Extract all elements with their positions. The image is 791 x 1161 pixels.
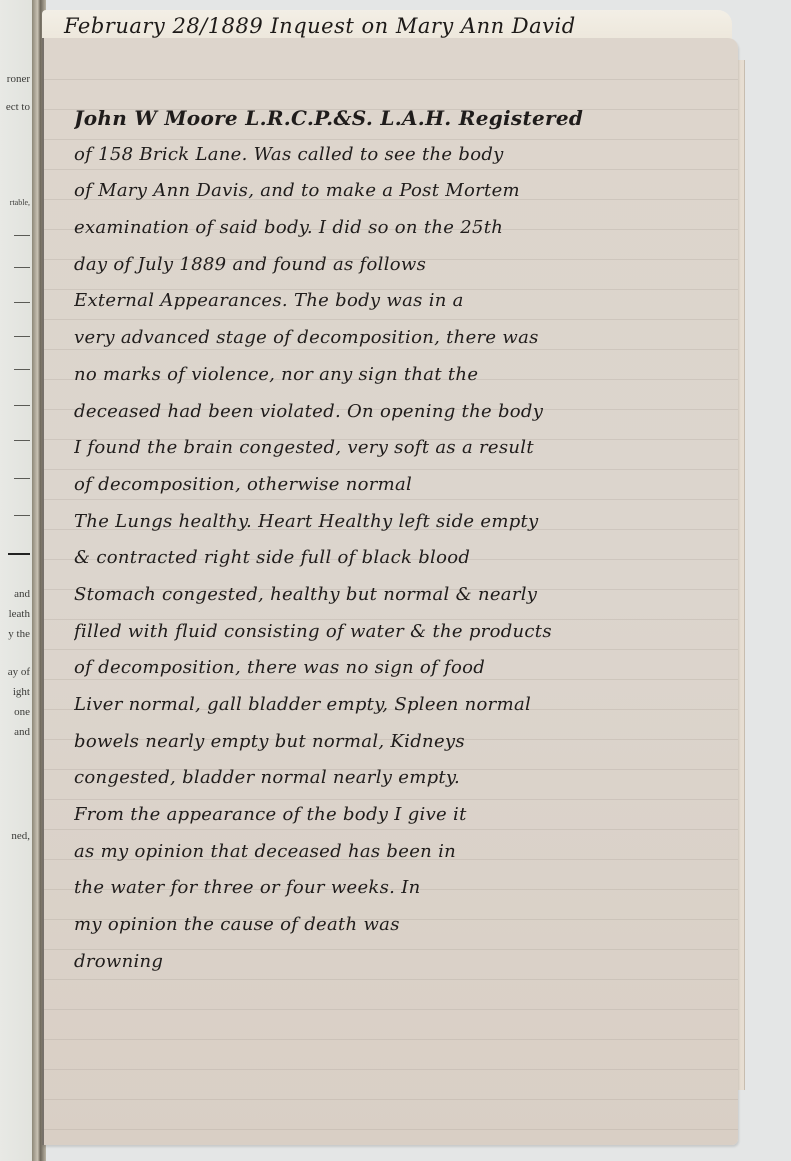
facing-page-rule bbox=[14, 302, 30, 303]
facing-page-rule bbox=[14, 336, 30, 337]
facing-page-text: one bbox=[14, 706, 30, 718]
entry-line: examination of said body. I did so on th… bbox=[74, 210, 724, 247]
facing-page-text: rtable, bbox=[10, 198, 30, 207]
facing-page-rule bbox=[14, 405, 30, 406]
ledger-page: John W Moore L.R.C.P.&S. L.A.H. Register… bbox=[42, 38, 738, 1145]
facing-page-text: leath bbox=[9, 608, 30, 620]
facing-page-text: ay of bbox=[8, 666, 30, 678]
facing-page-text: ect to bbox=[6, 101, 30, 113]
entry-line: congested, bladder normal nearly empty. bbox=[74, 760, 724, 797]
facing-page-rule bbox=[14, 267, 30, 268]
entry-line: my opinion the cause of death was bbox=[74, 907, 724, 944]
facing-page-text: y the bbox=[8, 628, 30, 640]
entry-line: no marks of violence, nor any sign that … bbox=[74, 357, 724, 394]
entry-line: drowning bbox=[74, 944, 724, 981]
facing-page-text: ned, bbox=[11, 830, 30, 842]
entry-line: of Mary Ann Davis, and to make a Post Mo… bbox=[74, 173, 724, 210]
entry-line: & contracted right side full of black bl… bbox=[74, 540, 724, 577]
entry-line: John W Moore L.R.C.P.&S. L.A.H. Register… bbox=[74, 100, 724, 137]
entry-line: very advanced stage of decomposition, th… bbox=[74, 320, 724, 357]
entry-line: filled with fluid consisting of water & … bbox=[74, 614, 724, 651]
facing-page-rule bbox=[14, 478, 30, 479]
header-title: February 28/1889 Inquest on Mary Ann Dav… bbox=[64, 14, 576, 38]
facing-page-text: and bbox=[14, 588, 30, 600]
entry-line: External Appearances. The body was in a bbox=[74, 283, 724, 320]
entry-line: deceased had been violated. On opening t… bbox=[74, 394, 724, 431]
entry-line: bowels nearly empty but normal, Kidneys bbox=[74, 724, 724, 761]
facing-page-text: roner bbox=[7, 73, 30, 85]
entry-line: Liver normal, gall bladder empty, Spleen… bbox=[74, 687, 724, 724]
entry-line: of decomposition, there was no sign of f… bbox=[74, 650, 724, 687]
facing-page-rule bbox=[14, 515, 30, 516]
facing-page-text: ight bbox=[13, 686, 30, 698]
entry-line: From the appearance of the body I give i… bbox=[74, 797, 724, 834]
facing-page-rule bbox=[14, 369, 30, 370]
entry-line: of decomposition, otherwise normal bbox=[74, 467, 724, 504]
entry-line: the water for three or four weeks. In bbox=[74, 870, 724, 907]
entry-line: of 158 Brick Lane. Was called to see the… bbox=[74, 137, 724, 174]
entry-line: as my opinion that deceased has been in bbox=[74, 834, 724, 871]
facing-page-rule bbox=[14, 235, 30, 236]
entry-line: The Lungs healthy. Heart Healthy left si… bbox=[74, 504, 724, 541]
entry-line: day of July 1889 and found as follows bbox=[74, 247, 724, 284]
entry-line: Stomach congested, healthy but normal & … bbox=[74, 577, 724, 614]
facing-page-rule bbox=[8, 553, 30, 555]
handwritten-entry: John W Moore L.R.C.P.&S. L.A.H. Register… bbox=[74, 100, 724, 981]
entry-line: I found the brain congested, very soft a… bbox=[74, 430, 724, 467]
facing-page-text: and bbox=[14, 726, 30, 738]
facing-page-rule bbox=[14, 440, 30, 441]
